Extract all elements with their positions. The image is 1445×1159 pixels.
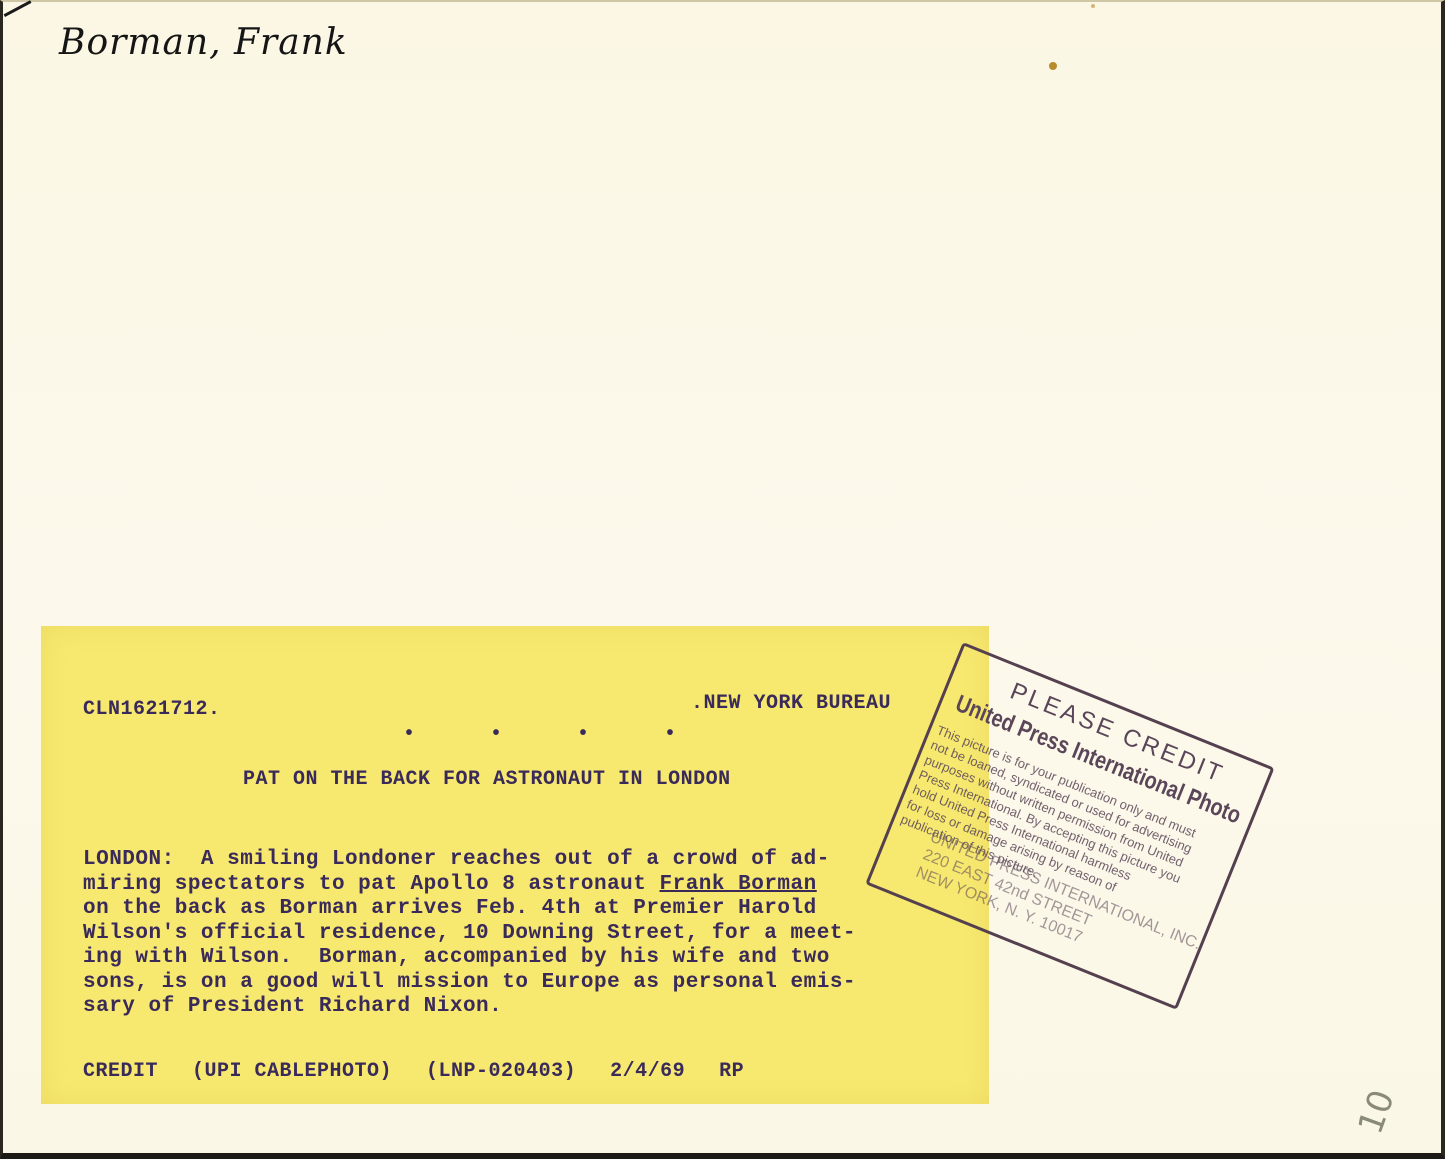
caption-bureau: .NEW YORK BUREAU [691, 692, 891, 715]
caption-slip: CLN1621712. •••• .NEW YORK BUREAU PAT ON… [41, 626, 989, 1104]
credit-source: (UPI CABLEPHOTO) [192, 1060, 392, 1083]
body-line: on the back as Borman arrives Feb. 4th a… [83, 897, 856, 922]
body-line: sons, is on a good will mission to Europ… [83, 971, 856, 996]
stain-spot [1091, 4, 1095, 8]
stain-spot [1049, 62, 1057, 70]
credit-code: (LNP-020403) [426, 1060, 576, 1083]
credit-date: 2/4/69 [610, 1060, 685, 1083]
body-line: sary of President Richard Nixon. [83, 995, 856, 1020]
handwritten-subject-name: Borman, Frank [59, 22, 348, 63]
caption-headline: PAT ON THE BACK FOR ASTRONAUT IN LONDON [243, 768, 731, 791]
caption-credit-line: CREDIT(UPI CABLEPHOTO)(LNP-020403)2/4/69… [83, 1060, 778, 1083]
credit-initials: RP [719, 1060, 744, 1083]
underlined-name: Frank Borman [660, 873, 817, 896]
caption-dots: •••• [331, 700, 751, 769]
dot: • [403, 723, 490, 746]
body-line: miring spectators to pat Apollo 8 astron… [83, 873, 856, 898]
dot: • [664, 723, 751, 746]
body-line: ing with Wilson. Borman, accompanied by … [83, 946, 856, 971]
corner-mark [0, 0, 31, 17]
body-line: Wilson's official residence, 10 Downing … [83, 922, 856, 947]
caption-slug: CLN1621712. [83, 698, 221, 721]
credit-label: CREDIT [83, 1060, 158, 1083]
body-line: LONDON: A smiling Londoner reaches out o… [83, 848, 856, 873]
photo-back-document: Borman, Frank CLN1621712. •••• .NEW YORK… [0, 0, 1445, 1159]
body-line-text: miring spectators to pat Apollo 8 astron… [83, 873, 660, 896]
dot: • [577, 723, 664, 746]
pencil-number: 10 [1350, 1085, 1402, 1139]
dot: • [490, 723, 577, 746]
caption-body: LONDON: A smiling Londoner reaches out o… [83, 848, 856, 1020]
